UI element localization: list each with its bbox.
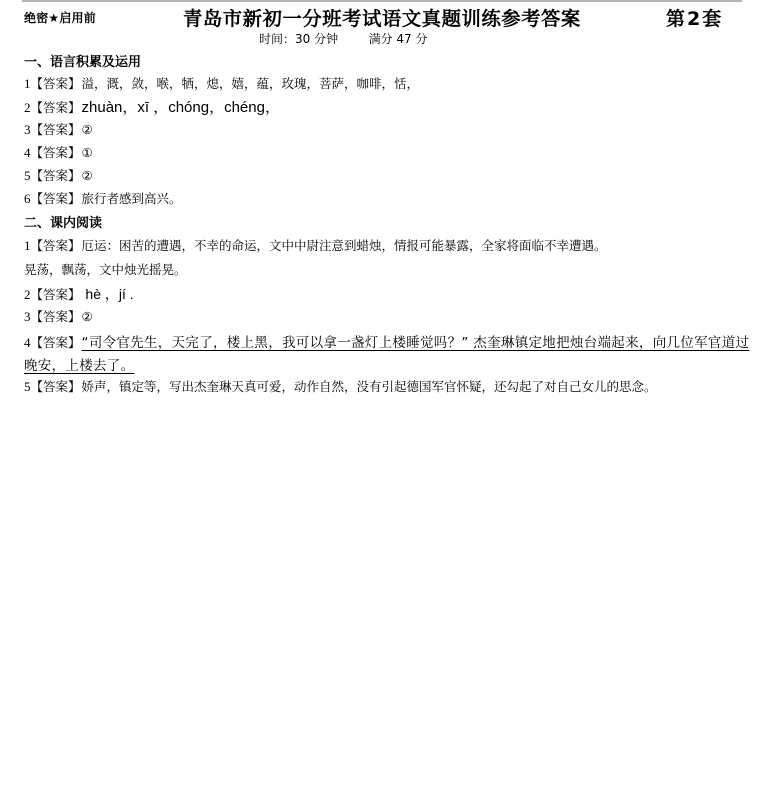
answer-tag: 【答案】 [31,76,81,91]
answer-item: 4【答案】① [24,143,93,161]
answer-tag: 【答案】 [31,287,81,302]
answer-item: 5【答案】娇声，镇定等，写出杰奎琳天真可爱，动作自然，没有引起德国军官怀疑，还勾… [24,377,657,395]
answer-item: 2【答案】zhuàn，xī ，chóng，chéng， [24,96,280,117]
answer-tag: 【答案】 [31,379,81,394]
answer-item: 3【答案】② [24,307,93,325]
answer-text: zhuàn，xī ，chóng，chéng， [82,99,280,116]
answer-tag: 【答案】 [31,191,81,206]
answer-item: 3【答案】② [24,120,93,138]
item-number: 3 [24,122,31,137]
item-number: 2 [24,287,31,302]
item-number: 4 [24,335,31,350]
item-number: 3 [24,309,31,324]
item-number: 5 [24,168,31,183]
item-number: 4 [24,145,31,160]
answer-text: 溢，溉，敛，喉，牺，熄，嬉，蕴，玫瑰，菩萨，咖啡，恬， [82,76,420,91]
header-rule [22,0,742,2]
document-title: 青岛市新初一分班考试语文真题训练参考答案 [183,4,581,31]
answer-continuation: 晃荡，飘荡，文中烛光摇晃。 [24,260,187,278]
item-number: 6 [24,191,31,206]
answer-item: 2【答案】 hè ，jí . [24,284,134,304]
answer-text: ② [82,168,93,183]
answer-text: 旅行者感到高兴。 [82,191,182,206]
section-heading: 一、语言积累及运用 [24,51,141,70]
item-number: 1 [24,238,31,253]
set-label: 第2套 [666,4,723,31]
answer-tag: 【答案】 [31,100,81,115]
answer-text: 厄运：困苦的遭遇，不幸的命运，文中中尉注意到蜡烛，情报可能暴露，全家将面临不幸遭… [82,238,607,253]
answer-continuation: 晚安，上楼去了。 [24,354,134,374]
answer-text: ① [82,145,93,160]
answer-tag: 【答案】 [31,145,81,160]
exam-info: 时间：30 分钟 满分 47 分 [259,30,428,47]
confidential-label: 绝密★启用前 [24,9,96,26]
answer-item: 6【答案】旅行者感到高兴。 [24,189,182,207]
answer-text: ② [82,309,93,324]
item-number: 5 [24,379,31,394]
answer-item: 1【答案】厄运：困苦的遭遇，不幸的命运，文中中尉注意到蜡烛，情报可能暴露，全家将… [24,236,607,254]
answer-text: hè ，jí . [82,286,134,302]
answer-item: 5【答案】② [24,166,93,184]
answer-item: 1【答案】溢，溉，敛，喉，牺，熄，嬉，蕴，玫瑰，菩萨，咖啡，恬， [24,74,419,92]
answer-tag: 【答案】 [31,168,81,183]
item-number: 1 [24,76,31,91]
answer-tag: 【答案】 [31,238,81,253]
item-number: 2 [24,100,31,115]
answer-tag: 【答案】 [31,335,81,350]
answer-text: ② [82,122,93,137]
answer-tag: 【答案】 [31,309,81,324]
answer-text: “司令官先生，天完了，楼上黑，我可以拿一盏灯上楼睡觉吗？” 杰奎琳镇定地把烛台端… [82,335,750,351]
answer-tag: 【答案】 [31,122,81,137]
answer-item: 4【答案】“司令官先生，天完了，楼上黑，我可以拿一盏灯上楼睡觉吗？” 杰奎琳镇定… [24,331,749,351]
answer-text: 娇声，镇定等，写出杰奎琳天真可爱，动作自然，没有引起德国军官怀疑，还勾起了对自己… [82,379,657,394]
section-heading: 二、课内阅读 [24,212,102,231]
answer-continuation-text: 晚安，上楼去了。 [24,358,134,374]
